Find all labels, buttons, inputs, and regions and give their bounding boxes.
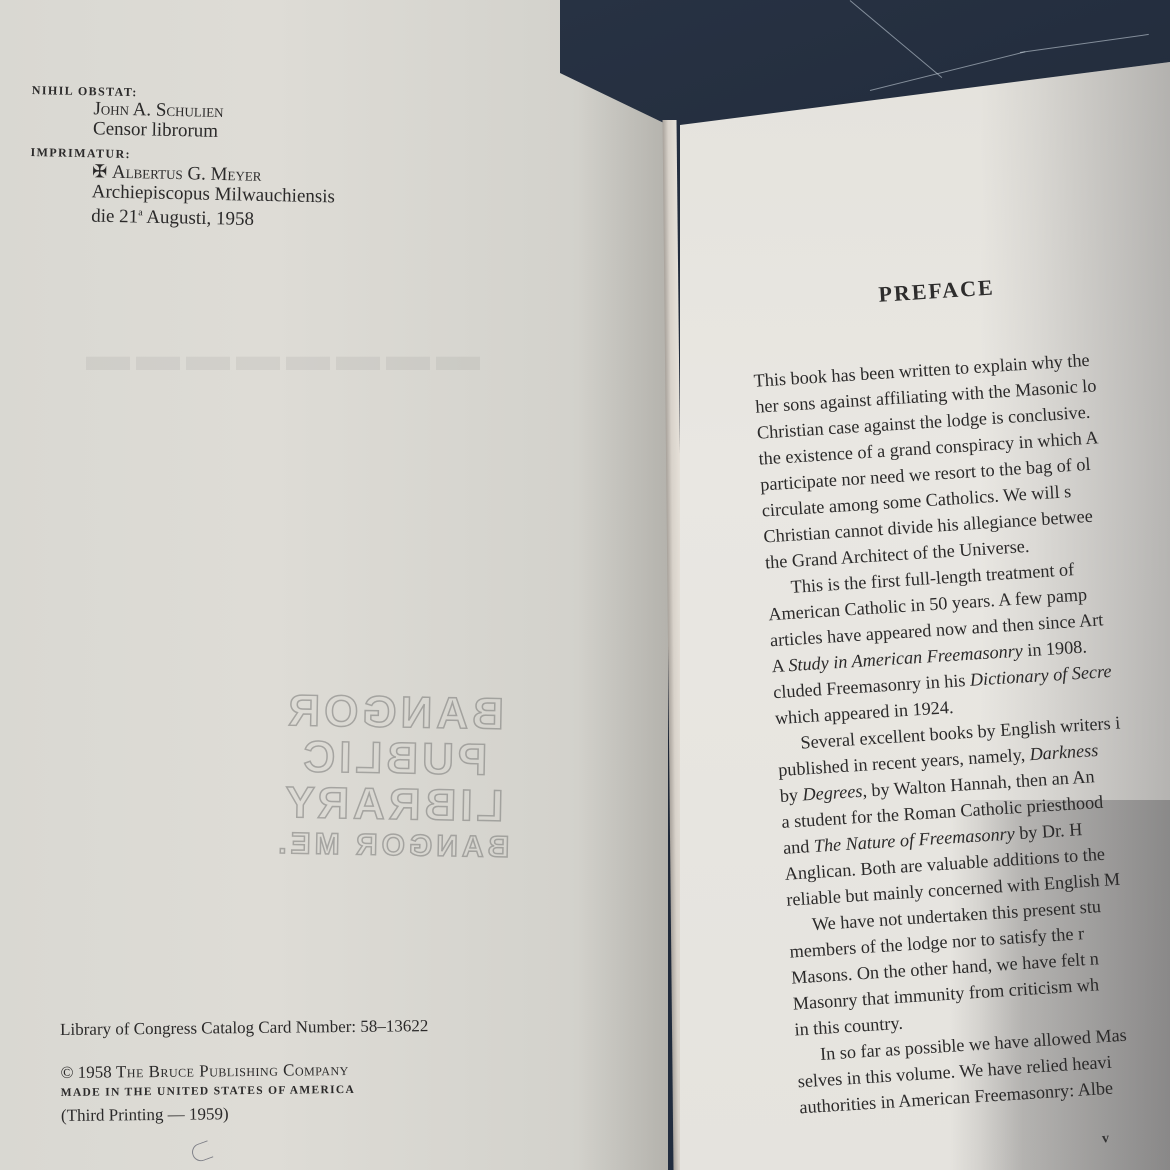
show-through-text: ▬▬▬▬▬▬▬▬ — [80, 330, 480, 381]
preface-heading: PREFACE — [878, 260, 1170, 308]
copyright-icon: © — [60, 1063, 73, 1082]
publisher-name: The Bruce Publishing Company — [116, 1060, 349, 1081]
catalog-card-number: Library of Congress Catalog Card Number:… — [60, 1016, 428, 1040]
approbation-date: die 21a Augusti, 1958 — [91, 202, 335, 231]
right-page-text-clip: PREFACE This book has been written to ex… — [680, 0, 1170, 1170]
imprint-block: Library of Congress Catalog Card Number:… — [60, 1016, 429, 1130]
cross-icon: ✠ — [92, 161, 108, 181]
preface-section: PREFACE This book has been written to ex… — [748, 260, 1170, 1166]
preface-body: This book has been written to explain wh… — [753, 338, 1170, 1121]
page-number: v — [1102, 1120, 1170, 1147]
approbation-block: NIHIL OBSTAT: John A. Schulien Censor li… — [29, 82, 337, 232]
library-perforation-stamp: BANGOR PUBLIC LIBRARY BANGOR ME. — [227, 687, 560, 867]
printing-line: (Third Printing — 1959) — [61, 1098, 430, 1130]
